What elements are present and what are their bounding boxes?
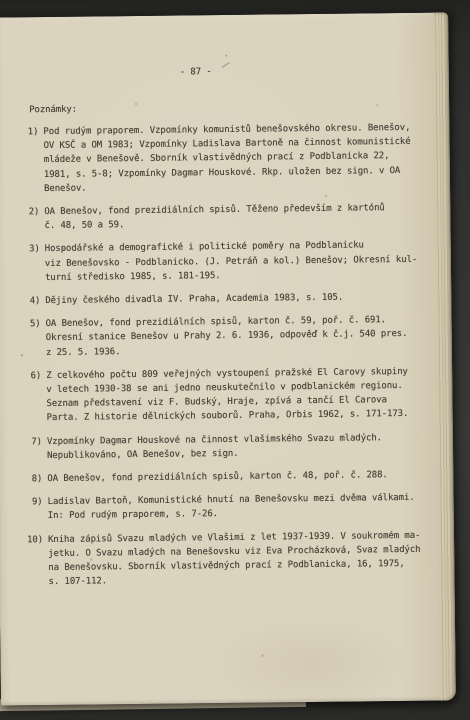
note-item: 3)Hospodářské a demografické i politické… xyxy=(21,238,431,285)
note-item: 6)Z celkového počtu 809 veřejných vystou… xyxy=(22,364,433,425)
note-item: 10)Kniha zápisů Svazu mladých ve Vlašimi… xyxy=(24,528,435,589)
note-item: 4)Dějiny českého divadla IV. Praha, Acad… xyxy=(21,290,431,309)
note-item: 7)Vzpomínky Dagmar Houskové na činnost v… xyxy=(23,430,433,463)
note-text: OA Benešov, fond prezidiálních spisů, ka… xyxy=(47,468,433,487)
note-text: Ladislav Bartoň, Komunistické hnutí na B… xyxy=(48,491,434,524)
note-text: OA Benešov, fond prezidiálních spisů. Tě… xyxy=(44,201,430,234)
note-text-line: s. 107-112. xyxy=(48,571,434,590)
note-number: 4) xyxy=(21,294,40,308)
note-number: 9) xyxy=(24,495,43,524)
notes-heading: Poznámky: xyxy=(29,103,77,118)
note-item: 1)Pod rudým praporem. Vzpomínky komunist… xyxy=(19,121,430,197)
note-item: 5)OA Benešov, fond prezidiálních spisů, … xyxy=(22,313,432,360)
pencil-smudge xyxy=(218,57,229,68)
note-text: OA Benešov, fond prezidiálních spisů, ka… xyxy=(46,313,432,360)
note-number: 1) xyxy=(19,125,39,196)
scanned-page-photo: - 87 - Poznámky: 1)Pod rudým praporem. V… xyxy=(0,0,470,720)
note-number: 10) xyxy=(24,533,44,590)
note-number: 6) xyxy=(22,369,42,426)
note-text: Dějiny českého divadla IV. Praha, Academ… xyxy=(45,290,431,309)
note-text: Z celkového počtu 809 veřejných vystoupe… xyxy=(46,364,433,425)
note-number: 5) xyxy=(22,317,41,360)
page-number: - 87 - xyxy=(180,65,212,80)
note-text: Kniha zápisů Svazu mladých ve Vlašimi z … xyxy=(48,528,435,589)
note-number: 8) xyxy=(23,472,42,486)
note-text: Hospodářské a demografické i politické p… xyxy=(45,238,431,285)
note-number: 2) xyxy=(20,205,39,234)
note-number: 3) xyxy=(21,243,40,286)
note-text: Vzpomínky Dagmar Houskové na činnost vla… xyxy=(47,430,433,463)
book-page: - 87 - Poznámky: 1)Pod rudým praporem. V… xyxy=(0,12,456,705)
note-text-line: In: Pod rudým praporem, s. 7-26. xyxy=(48,505,434,524)
note-item: 2)OA Benešov, fond prezidiálních spisů. … xyxy=(20,201,430,234)
page-content: - 87 - Poznámky: 1)Pod rudým praporem. V… xyxy=(0,12,456,705)
note-text-line: Parta. Z historie dělnických souborů. Pr… xyxy=(47,407,433,426)
note-text-line: OA Benešov, fond prezidiálních spisů, ka… xyxy=(47,468,433,487)
note-text-line: č. 48, 50 a 59. xyxy=(44,215,430,234)
note-item: 9)Ladislav Bartoň, Komunistické hnutí na… xyxy=(24,491,434,524)
note-text: Pod rudým praporem. Vzpomínky komunistů … xyxy=(43,121,430,196)
note-number: 7) xyxy=(23,435,42,464)
note-item: 8)OA Benešov, fond prezidiálních spisů, … xyxy=(23,468,433,487)
notes-list: 1)Pod rudým praporem. Vzpomínky komunist… xyxy=(19,121,434,599)
note-text-line: Dějiny českého divadla IV. Praha, Academ… xyxy=(45,290,431,309)
